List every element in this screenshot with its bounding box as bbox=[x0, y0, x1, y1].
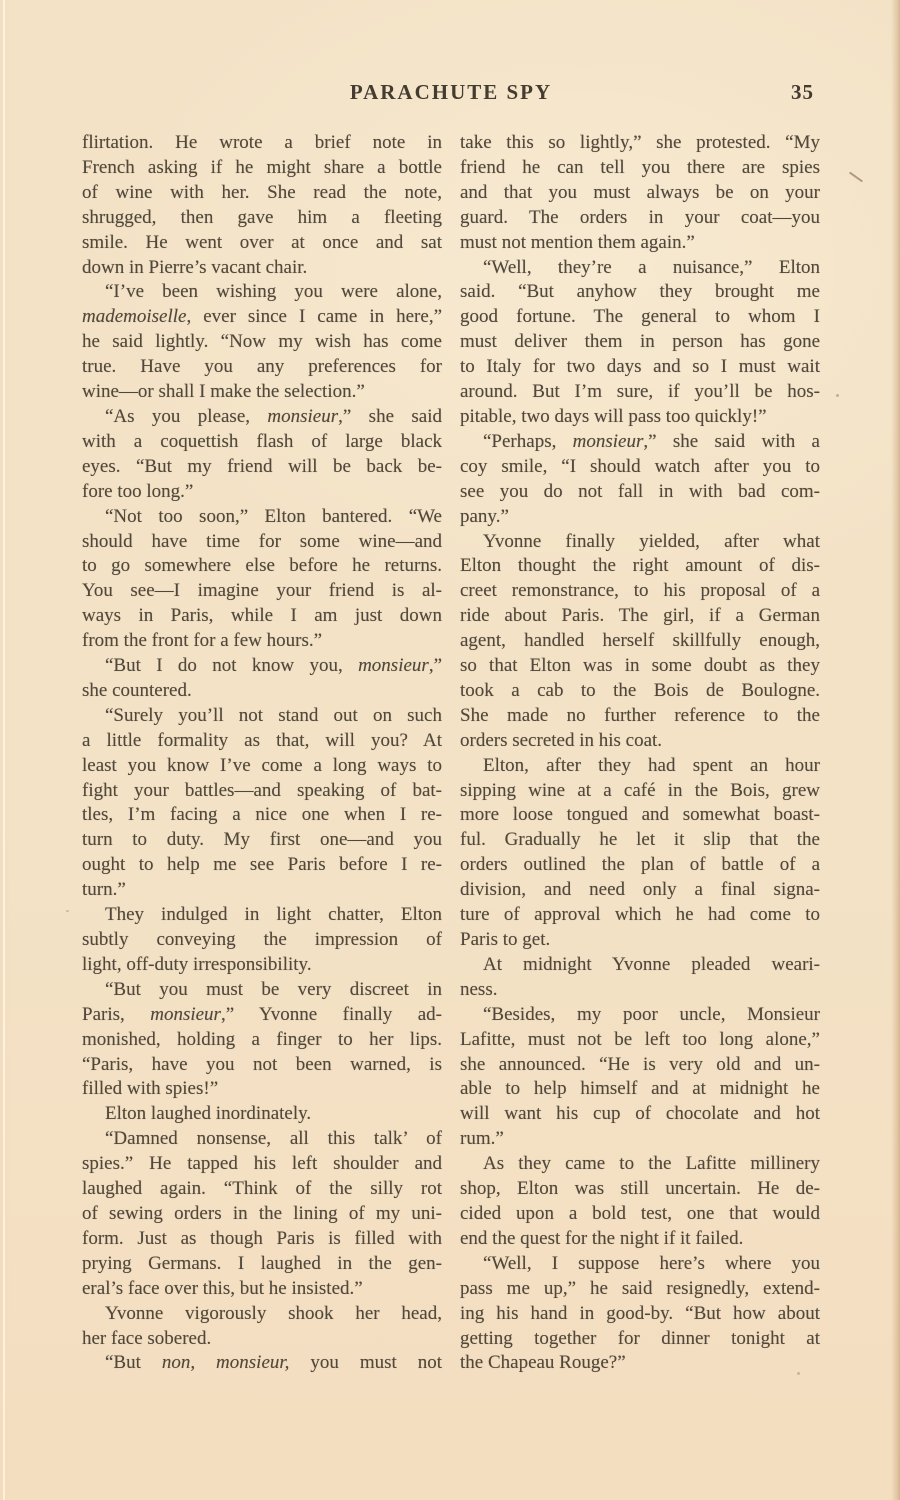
text-line: least you know I’ve come a long ways to bbox=[82, 754, 442, 779]
page-header: PARACHUTE SPY 35 bbox=[82, 80, 820, 106]
text-line: of wine with her. She read the note, bbox=[82, 181, 442, 206]
text-line: a little formality as that, will you? At bbox=[82, 729, 442, 754]
text-line: of sewing orders in the lining of my uni… bbox=[82, 1202, 442, 1227]
text-line: more loose tongued and somewhat boast- bbox=[460, 803, 820, 828]
text-line: true. Have you any preferences for bbox=[82, 355, 442, 380]
text-line: prying Germans. I laughed in the gen- bbox=[82, 1252, 442, 1277]
text-line: creet remonstrance, to his proposal of a bbox=[460, 579, 820, 604]
book-page: PARACHUTE SPY 35 flirtation. He wrote a … bbox=[0, 0, 900, 1500]
text-line: took a cab to the Bois de Boulogne. bbox=[460, 679, 820, 704]
text-line: tles, I’m facing a nice one when I re- bbox=[82, 803, 442, 828]
text-line: “But you must be very discreet in bbox=[82, 978, 442, 1003]
text-line: “But I do not know you, monsieur,” bbox=[82, 654, 442, 679]
text-line: pitable, two days will pass too quickly!… bbox=[460, 405, 820, 430]
text-line: “I’ve been wishing you were alone, bbox=[82, 280, 442, 305]
text-line: ride about Paris. The girl, if a German bbox=[460, 604, 820, 629]
text-line: Elton thought the right amount of dis- bbox=[460, 554, 820, 579]
text-line: orders secreted in his coat. bbox=[460, 729, 820, 754]
text-line: coy smile, “I should watch after you to bbox=[460, 455, 820, 480]
text-line: filled with spies!” bbox=[82, 1077, 442, 1102]
text-line: “Surely you’ll not stand out on such bbox=[82, 704, 442, 729]
text-line: French asking if he might share a bottle bbox=[82, 156, 442, 181]
text-line: her face sobered. bbox=[82, 1327, 442, 1352]
text-line: sipping wine at a café in the Bois, grew bbox=[460, 779, 820, 804]
paper-speck bbox=[66, 910, 69, 912]
text-line: agent, handled herself skillfully enough… bbox=[460, 629, 820, 654]
text-line: must not mention them again.” bbox=[460, 231, 820, 256]
text-line: “Damned nonsense, all this talk’ of bbox=[82, 1127, 442, 1152]
text-line: “Well, they’re a nuisance,” Elton bbox=[460, 256, 820, 281]
text-line: the Chapeau Rouge?” bbox=[460, 1351, 820, 1376]
text-line: rum.” bbox=[460, 1127, 820, 1152]
paper-speck bbox=[836, 394, 839, 397]
text-line: end the quest for the night if it failed… bbox=[460, 1227, 820, 1252]
text-line: turn.” bbox=[82, 878, 442, 903]
text-line: shop, Elton was still uncertain. He de- bbox=[460, 1177, 820, 1202]
text-line: spies.” He tapped his left shoulder and bbox=[82, 1152, 442, 1177]
text-line: Paris, monsieur,” Yvonne finally ad- bbox=[82, 1003, 442, 1028]
text-line: Elton laughed inordinately. bbox=[82, 1102, 442, 1127]
paper-hair-mark bbox=[849, 172, 863, 183]
text-line: Paris to get. bbox=[460, 928, 820, 953]
text-line: good fortune. The general to whom I bbox=[460, 305, 820, 330]
page-left-edge-line bbox=[3, 0, 5, 1500]
text-line: cided upon a bold test, one that would bbox=[460, 1202, 820, 1227]
text-line: “Besides, my poor uncle, Monsieur bbox=[460, 1003, 820, 1028]
text-line: will want his cup of chocolate and hot bbox=[460, 1102, 820, 1127]
text-line: “Well, I suppose here’s where you bbox=[460, 1252, 820, 1277]
text-line: smile. He went over at once and sat bbox=[82, 231, 442, 256]
text-line: eyes. “But my friend will be back be- bbox=[82, 455, 442, 480]
text-line: down in Pierre’s vacant chair. bbox=[82, 256, 442, 281]
text-line: orders outlined the plan of battle of a bbox=[460, 853, 820, 878]
text-line: “But non, monsieur, you must not bbox=[82, 1351, 442, 1376]
text-line: to go somewhere else before he returns. bbox=[82, 554, 442, 579]
text-line: must deliver them in person has gone bbox=[460, 330, 820, 355]
text-line: ing his hand in good-by. “But how about bbox=[460, 1302, 820, 1327]
text-line: he said lightly. “Now my wish has come bbox=[82, 330, 442, 355]
text-line: They indulged in light chatter, Elton bbox=[82, 903, 442, 928]
text-line: At midnight Yvonne pleaded weari- bbox=[460, 953, 820, 978]
text-line: take this so lightly,” she protested. “M… bbox=[460, 131, 820, 156]
text-line: ful. Gradually he let it slip that the bbox=[460, 828, 820, 853]
text-line: see you do not fall in with bad com- bbox=[460, 480, 820, 505]
text-line: ways in Paris, while I am just down bbox=[82, 604, 442, 629]
text-line: ness. bbox=[460, 978, 820, 1003]
text-line: division, and need only a final signa- bbox=[460, 878, 820, 903]
text-line: around. But I’m sure, if you’ll be hos- bbox=[460, 380, 820, 405]
text-line: to Italy for two days and so I must wait bbox=[460, 355, 820, 380]
text-line: should have time for some wine—and bbox=[82, 530, 442, 555]
text-line: Yvonne finally yielded, after what bbox=[460, 530, 820, 555]
text-line: turn to duty. My first one—and you bbox=[82, 828, 442, 853]
text-line: She made no further reference to the bbox=[460, 704, 820, 729]
text-line: friend he can tell you there are spies bbox=[460, 156, 820, 181]
text-line: with a coquettish flash of large black bbox=[82, 430, 442, 455]
text-line: Elton, after they had spent an hour bbox=[460, 754, 820, 779]
text-line: pass me up,” he said resignedly, extend- bbox=[460, 1277, 820, 1302]
text-columns: flirtation. He wrote a brief note inFren… bbox=[82, 131, 820, 1376]
text-line: shrugged, then gave him a fleeting bbox=[82, 206, 442, 231]
text-line: and that you must always be on your bbox=[460, 181, 820, 206]
text-line: “Paris, have you not been warned, is bbox=[82, 1053, 442, 1078]
text-line: You see—I imagine your friend is al- bbox=[82, 579, 442, 604]
text-line: able to help himself and at midnight he bbox=[460, 1077, 820, 1102]
paper-speck bbox=[797, 1372, 800, 1375]
text-line: “Perhaps, monsieur,” she said with a bbox=[460, 430, 820, 455]
text-line: laughed again. “Think of the silly rot bbox=[82, 1177, 442, 1202]
text-line: guard. The orders in your coat—you bbox=[460, 206, 820, 231]
text-line: fight your battles—and speaking of bat- bbox=[82, 779, 442, 804]
text-line: ought to help me see Paris before I re- bbox=[82, 853, 442, 878]
text-line: “As you please, monsieur,” she said bbox=[82, 405, 442, 430]
text-line: from the front for a few hours.” bbox=[82, 629, 442, 654]
page-number: 35 bbox=[791, 80, 814, 105]
text-line: said. “But anyhow they brought me bbox=[460, 280, 820, 305]
text-line: getting together for dinner tonight at bbox=[460, 1327, 820, 1352]
text-line: As they came to the Lafitte millinery bbox=[460, 1152, 820, 1177]
text-line: she announced. “He is very old and un- bbox=[460, 1053, 820, 1078]
column-left: flirtation. He wrote a brief note inFren… bbox=[82, 131, 442, 1376]
text-line: monished, holding a finger to her lips. bbox=[82, 1028, 442, 1053]
running-title: PARACHUTE SPY bbox=[82, 80, 820, 105]
text-line: ture of approval which he had come to bbox=[460, 903, 820, 928]
text-line: she countered. bbox=[82, 679, 442, 704]
text-line: pany.” bbox=[460, 505, 820, 530]
page-right-edge-shadow bbox=[891, 0, 900, 1500]
text-line: wine—or shall I make the selection.” bbox=[82, 380, 442, 405]
text-line: Lafitte, must not be left too long alone… bbox=[460, 1028, 820, 1053]
text-line: eral’s face over this, but he insisted.” bbox=[82, 1277, 442, 1302]
text-line: light, off-duty irresponsibility. bbox=[82, 953, 442, 978]
column-right: take this so lightly,” she protested. “M… bbox=[460, 131, 820, 1376]
text-line: flirtation. He wrote a brief note in bbox=[82, 131, 442, 156]
text-line: form. Just as though Paris is filled wit… bbox=[82, 1227, 442, 1252]
text-line: so that Elton was in some doubt as they bbox=[460, 654, 820, 679]
text-line: “Not too soon,” Elton bantered. “We bbox=[82, 505, 442, 530]
text-line: fore too long.” bbox=[82, 480, 442, 505]
text-line: subtly conveying the impression of bbox=[82, 928, 442, 953]
text-line: mademoiselle, ever since I came in here,… bbox=[82, 305, 442, 330]
text-line: Yvonne vigorously shook her head, bbox=[82, 1302, 442, 1327]
